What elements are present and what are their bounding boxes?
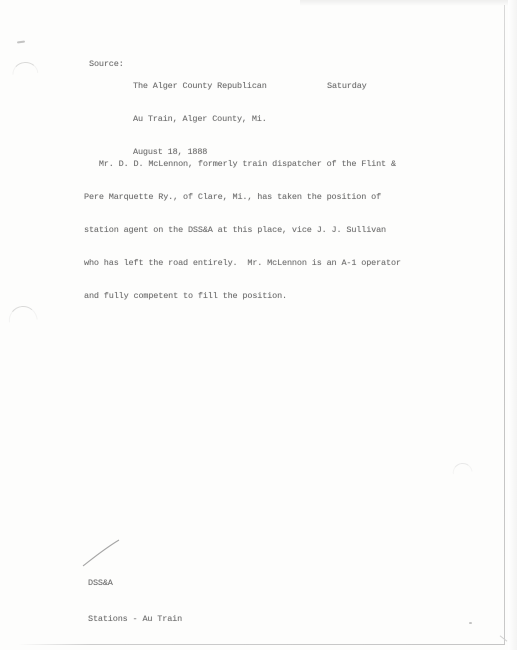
index-station-label: Stations - Au Train [88, 613, 182, 625]
pencil-dash-mark [17, 40, 25, 43]
weekday-label: Saturday [327, 81, 367, 92]
page-curl-mark-mid-left [7, 305, 37, 323]
paragraph-line: who has left the road entirely. Mr. McLe… [84, 258, 414, 269]
paragraph-line: and fully competent to fill the position… [84, 291, 414, 302]
page-curl-mark-top-left [12, 61, 39, 75]
page-edge-bottom [18, 644, 505, 645]
paragraph-line: station agent on the DSS&A at this place… [84, 225, 414, 236]
scanned-document-page: Source: The Alger County Republican Au T… [0, 0, 517, 650]
source-label: Source: [89, 59, 124, 70]
page-edge-right [504, 5, 505, 645]
index-railroad-label: DSS&A [88, 577, 182, 589]
scanner-margin-right [508, 0, 517, 650]
pencil-check-icon [78, 536, 126, 572]
source-publication: The Alger County Republican [133, 81, 267, 92]
article-paragraph: Mr. D. D. McLennon, formerly train dispa… [84, 137, 414, 324]
page-curl-mark-right [451, 462, 472, 475]
paragraph-line: Mr. D. D. McLennon, formerly train dispa… [84, 159, 414, 170]
scan-speck [469, 622, 472, 624]
scan-smudge-top [300, 0, 510, 6]
source-location: Au Train, Alger County, Mi. [133, 114, 267, 125]
paragraph-line: Pere Marquette Ry., of Clare, Mi., has t… [84, 192, 414, 203]
